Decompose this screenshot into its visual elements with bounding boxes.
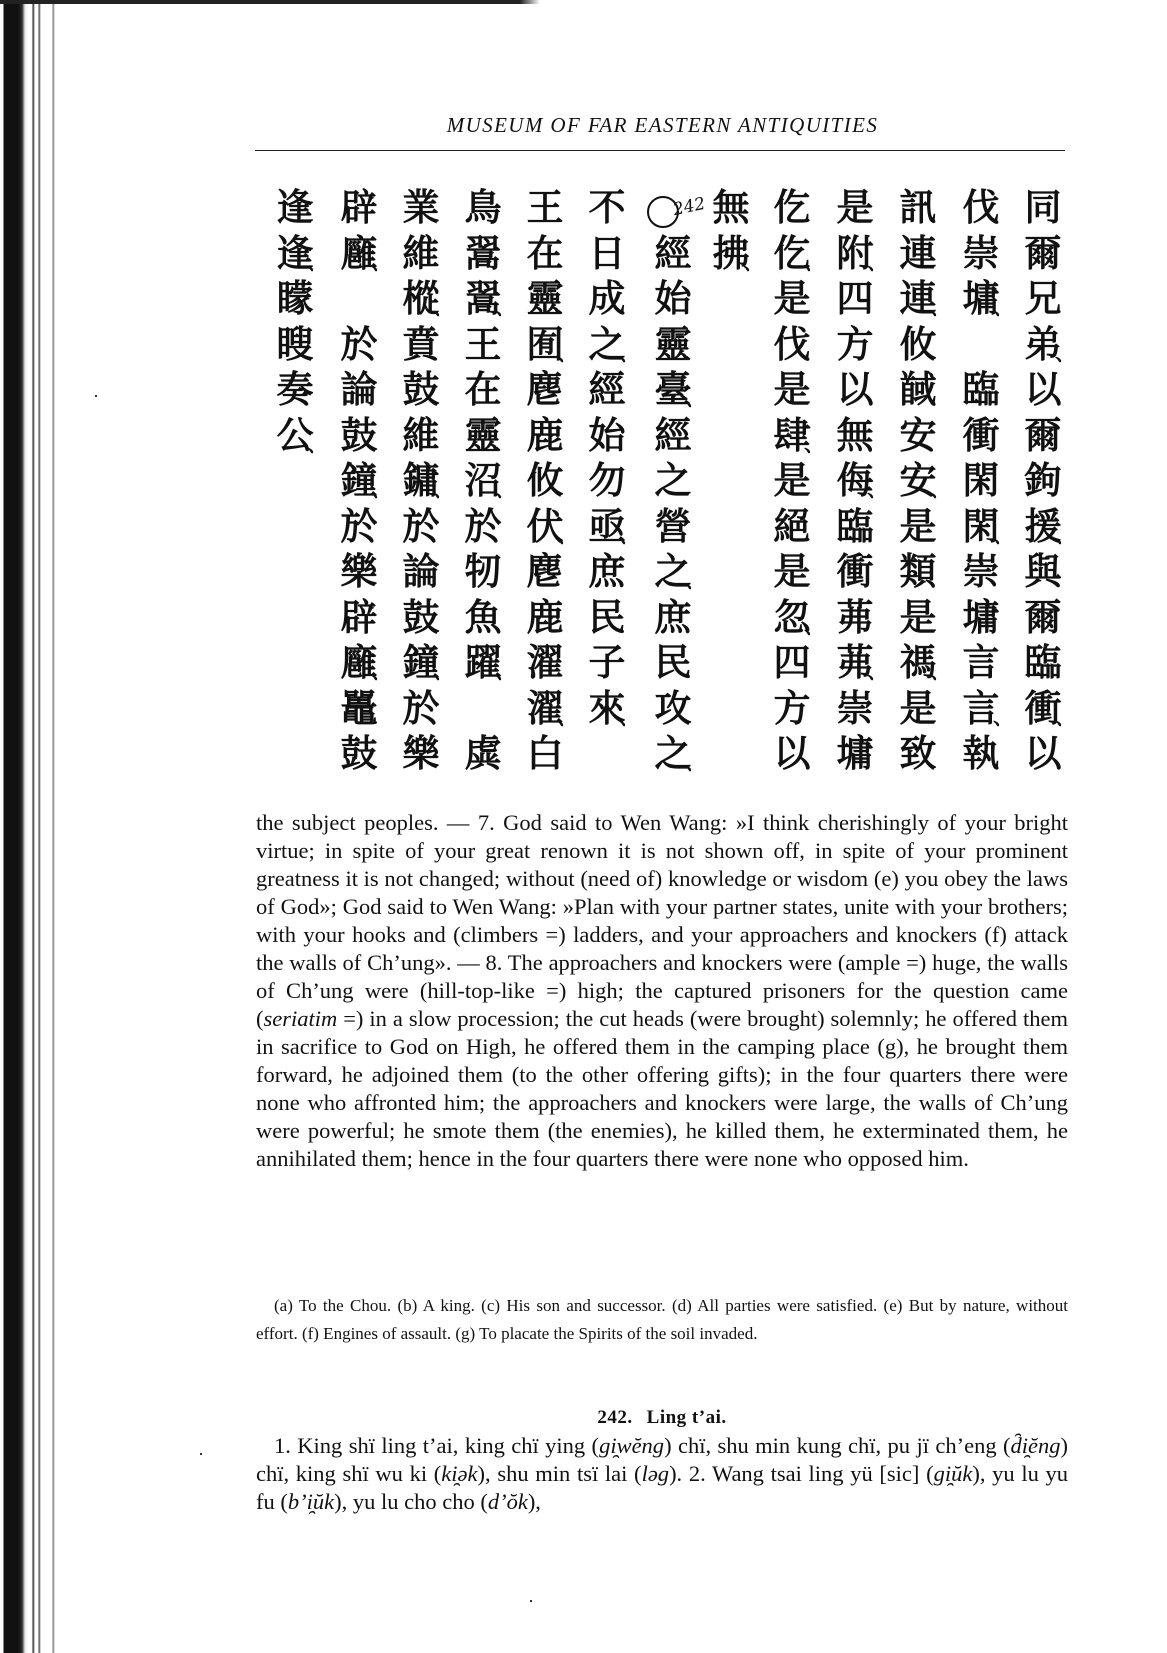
transliteration-segment: ). 2. Wang tsai ling yü [sic] ( bbox=[669, 1461, 934, 1486]
chinese-character: 經 bbox=[579, 368, 635, 412]
punctuation-mark: 、 bbox=[371, 479, 391, 499]
punctuation-mark: 、 bbox=[867, 252, 887, 272]
chinese-character: 臨 bbox=[827, 505, 883, 549]
chinese-character: 王 bbox=[517, 186, 573, 230]
chinese-character: 樂 bbox=[393, 732, 449, 776]
chinese-character: 庶 bbox=[645, 596, 701, 640]
transliteration-segment: ), shu min tsï lai ( bbox=[478, 1461, 642, 1486]
chinese-character: 魚 bbox=[455, 596, 511, 640]
annotation-number: 242 bbox=[672, 197, 707, 217]
chinese-character: 是 bbox=[890, 596, 946, 640]
chinese-character: 連 bbox=[890, 232, 946, 276]
chinese-character: 論 bbox=[331, 368, 387, 412]
chinese-character: 鳥 bbox=[455, 186, 511, 230]
transliteration-segment: ), yu lu cho cho ( bbox=[334, 1489, 488, 1514]
chinese-column-7: 經始靈臺、經之營之、庶民攻之、 bbox=[645, 186, 701, 776]
chinese-character: 是 bbox=[764, 550, 820, 594]
chinese-character: 攸 bbox=[890, 323, 946, 367]
chinese-character: 肆、 bbox=[764, 414, 820, 458]
chinese-character: 廱、 bbox=[331, 641, 387, 685]
reconstructed-reading: d̑i̯ĕng bbox=[1011, 1433, 1061, 1458]
chinese-character: 墉 bbox=[827, 732, 883, 776]
chinese-character: 翯 bbox=[455, 232, 511, 276]
chinese-character: 於 bbox=[331, 505, 387, 549]
chinese-character: 論 bbox=[393, 550, 449, 594]
chinese-column-12: 辟廱、於論鼓鐘、於樂辟廱、鼉鼓 bbox=[331, 186, 387, 776]
chinese-character: 安 bbox=[890, 414, 946, 458]
chinese-character: 方 bbox=[764, 687, 820, 731]
chinese-character: 與 bbox=[1015, 550, 1071, 594]
chinese-character: 致 bbox=[890, 732, 946, 776]
chinese-character bbox=[953, 323, 1009, 367]
punctuation-mark: 、 bbox=[557, 343, 577, 363]
chinese-character: 弟、 bbox=[1015, 323, 1071, 367]
chinese-character: 爾 bbox=[1015, 596, 1071, 640]
chinese-character: 鼉 bbox=[331, 687, 387, 731]
chinese-character: 以 bbox=[1015, 368, 1071, 412]
section-title: Ling t’ai. bbox=[647, 1407, 727, 1428]
punctuation-mark: 、 bbox=[557, 525, 577, 545]
chinese-character: 方 bbox=[827, 323, 883, 367]
chinese-character: 維 bbox=[393, 414, 449, 458]
chinese-character: 崇 bbox=[953, 232, 1009, 276]
transliteration-paragraph: 1. King shï ling t’ai, king chï ying (gi… bbox=[256, 1432, 1068, 1516]
chinese-column-4: 是附、四方以無侮、臨衝茀茀、崇墉 bbox=[827, 186, 883, 776]
reconstructed-reading: b’i̯ŭk bbox=[288, 1489, 334, 1514]
reconstructed-reading: d’ŏk bbox=[488, 1489, 528, 1514]
scan-speck bbox=[95, 395, 97, 397]
chinese-character: 墉、 bbox=[953, 277, 1009, 321]
chinese-character: 靈 bbox=[455, 414, 511, 458]
chinese-character: 四 bbox=[764, 641, 820, 685]
chinese-character: 是 bbox=[764, 277, 820, 321]
section-number: 242. bbox=[597, 1407, 632, 1428]
punctuation-mark: 、 bbox=[993, 525, 1013, 545]
chinese-character: 業 bbox=[393, 186, 449, 230]
chinese-character: 辟 bbox=[331, 596, 387, 640]
chinese-character: 鐘、 bbox=[393, 641, 449, 685]
chinese-character: 連、 bbox=[890, 277, 946, 321]
chinese-character: 來、 bbox=[579, 687, 635, 731]
chinese-character: 經 bbox=[645, 414, 701, 458]
chinese-character: 衝、 bbox=[1015, 687, 1071, 731]
punctuation-mark: 、 bbox=[619, 343, 639, 363]
chinese-column-5: 仡仡、是伐是肆、是絕是忽、四方以 bbox=[764, 186, 820, 776]
chinese-column-6: 無拂、 bbox=[703, 186, 759, 776]
punctuation-mark: 、 bbox=[433, 479, 453, 499]
punctuation-mark: 、 bbox=[371, 252, 391, 272]
chinese-character: 鏞、 bbox=[393, 459, 449, 503]
chinese-character: 兄 bbox=[1015, 277, 1071, 321]
punctuation-mark: 、 bbox=[557, 707, 577, 727]
chinese-character: 亟、 bbox=[579, 505, 635, 549]
reconstructed-reading: gi̯wĕng bbox=[599, 1433, 664, 1458]
chinese-character: 囿、 bbox=[517, 323, 573, 367]
chinese-character: 忽、 bbox=[764, 596, 820, 640]
chinese-character: 鐘、 bbox=[331, 459, 387, 503]
punctuation-mark: 、 bbox=[619, 525, 639, 545]
chinese-column-9: 王在靈囿、麀鹿攸伏、麀鹿濯濯、白 bbox=[517, 186, 573, 776]
punctuation-mark: 、 bbox=[685, 388, 705, 408]
chinese-character: 崇 bbox=[827, 687, 883, 731]
handwritten-annotation: 242 bbox=[645, 192, 709, 242]
chinese-character: 訊 bbox=[890, 186, 946, 230]
chinese-character: 營 bbox=[645, 505, 701, 549]
chinese-character: 援、 bbox=[1015, 505, 1071, 549]
chinese-column-8: 不日成之、經始勿亟、庶民子來、 bbox=[579, 186, 635, 776]
chinese-character: 攻 bbox=[645, 687, 701, 731]
chinese-character: 鼓 bbox=[331, 732, 387, 776]
punctuation-mark: 、 bbox=[804, 616, 824, 636]
punctuation-mark: 、 bbox=[495, 297, 515, 317]
chinese-character: 是 bbox=[890, 687, 946, 731]
punctuation-mark: 、 bbox=[495, 661, 515, 681]
chinese-character: 臨 bbox=[1015, 641, 1071, 685]
chinese-character: 牣 bbox=[455, 550, 511, 594]
punctuation-mark: 、 bbox=[433, 297, 453, 317]
punctuation-mark: 、 bbox=[867, 479, 887, 499]
punctuation-mark: 、 bbox=[993, 297, 1013, 317]
chinese-character: 鉤 bbox=[1015, 459, 1071, 503]
chinese-character: 鼓 bbox=[393, 596, 449, 640]
chinese-character: 附、 bbox=[827, 232, 883, 276]
punctuation-mark: 、 bbox=[743, 252, 763, 272]
punctuation-mark: 、 bbox=[1055, 525, 1075, 545]
footnotes: (a) To the Chou. (b) A king. (c) His son… bbox=[256, 1292, 1068, 1348]
chinese-character: 麀 bbox=[517, 550, 573, 594]
chinese-character: 是 bbox=[827, 186, 883, 230]
chinese-character: 無 bbox=[703, 186, 759, 230]
chinese-character: 維 bbox=[393, 232, 449, 276]
chinese-character: 衝 bbox=[827, 550, 883, 594]
chinese-character: 侮、 bbox=[827, 459, 883, 503]
chinese-character: 麀 bbox=[517, 368, 573, 412]
chinese-character: 逢 bbox=[267, 186, 323, 230]
chinese-character: 不 bbox=[579, 186, 635, 230]
chinese-character: 於 bbox=[331, 323, 387, 367]
chinese-character: 是 bbox=[890, 505, 946, 549]
chinese-character: 以 bbox=[1015, 732, 1071, 776]
chinese-character: 無 bbox=[827, 414, 883, 458]
chinese-character: 爾 bbox=[1015, 232, 1071, 276]
scan-speck bbox=[200, 1453, 202, 1455]
chinese-character: 鹿 bbox=[517, 596, 573, 640]
section-heading: 242.Ling t’ai. bbox=[256, 1407, 1068, 1429]
chinese-character: 臺、 bbox=[645, 368, 701, 412]
chinese-character: 伐 bbox=[764, 323, 820, 367]
chinese-character: 在 bbox=[517, 232, 573, 276]
punctuation-mark: 、 bbox=[433, 661, 453, 681]
chinese-column-1: 同爾兄弟、以爾鉤援、與爾臨衝、以 bbox=[1015, 186, 1071, 776]
transliteration-segment: ), bbox=[528, 1489, 541, 1514]
chinese-character: 矇 bbox=[267, 277, 323, 321]
chinese-character: 馘 bbox=[890, 368, 946, 412]
scan-top-edge bbox=[0, 0, 1167, 4]
chinese-column-3: 訊連連、攸馘安安、是類是禡、是致 bbox=[890, 186, 946, 776]
chinese-character: 民 bbox=[645, 641, 701, 685]
punctuation-mark: 、 bbox=[930, 479, 950, 499]
chinese-character: 同 bbox=[1015, 186, 1071, 230]
punctuation-mark: 、 bbox=[371, 661, 391, 681]
chinese-character: 子 bbox=[579, 641, 635, 685]
transliteration-text: 1. King shï ling t’ai, king chï ying (gi… bbox=[256, 1432, 1068, 1516]
translation-text-end: =) in a slow procession; the cut heads (… bbox=[256, 1006, 1068, 1171]
header-rule bbox=[255, 150, 1065, 151]
chinese-character: 始 bbox=[579, 414, 635, 458]
chinese-character: 絕 bbox=[764, 505, 820, 549]
translation-paragraph: the subject peoples. — 7. God said to We… bbox=[256, 809, 1068, 1173]
reconstructed-reading: ki̯ək bbox=[441, 1461, 477, 1486]
chinese-character: 在 bbox=[455, 368, 511, 412]
chinese-character: 虡 bbox=[455, 732, 511, 776]
chinese-character: 賁 bbox=[393, 323, 449, 367]
chinese-character: 奏 bbox=[267, 368, 323, 412]
chinese-character: 茀、 bbox=[827, 641, 883, 685]
punctuation-mark: 、 bbox=[804, 252, 824, 272]
chinese-character: 之、 bbox=[645, 732, 701, 776]
chinese-character: 民 bbox=[579, 596, 635, 640]
punctuation-mark: 、 bbox=[1055, 707, 1075, 727]
chinese-character: 安、 bbox=[890, 459, 946, 503]
chinese-character: 辟 bbox=[331, 186, 387, 230]
chinese-character: 以 bbox=[827, 368, 883, 412]
chinese-character: 是 bbox=[764, 368, 820, 412]
chinese-character: 之、 bbox=[645, 550, 701, 594]
chinese-character: 伐 bbox=[953, 186, 1009, 230]
chinese-character: 廱、 bbox=[331, 232, 387, 276]
chinese-character: 濯 bbox=[517, 641, 573, 685]
chinese-character: 臨 bbox=[953, 368, 1009, 412]
chinese-character: 王 bbox=[455, 323, 511, 367]
transliteration-segment: 1. King shï ling t’ai, king chï ying ( bbox=[274, 1433, 599, 1458]
running-head: MUSEUM OF FAR EASTERN ANTIQUITIES bbox=[255, 113, 1070, 138]
chinese-character: 始 bbox=[645, 277, 701, 321]
chinese-character: 崇 bbox=[953, 550, 1009, 594]
punctuation-mark: 、 bbox=[993, 707, 1013, 727]
chinese-character: 仡、 bbox=[764, 232, 820, 276]
chinese-character: 仡 bbox=[764, 186, 820, 230]
chinese-character: 鼓 bbox=[331, 414, 387, 458]
chinese-character: 逢、 bbox=[267, 232, 323, 276]
chinese-character: 攸 bbox=[517, 459, 573, 503]
chinese-character: 樅、 bbox=[393, 277, 449, 321]
chinese-character: 拂、 bbox=[703, 232, 759, 276]
chinese-character: 言 bbox=[953, 641, 1009, 685]
chinese-character: 禡、 bbox=[890, 641, 946, 685]
chinese-character: 是 bbox=[764, 459, 820, 503]
chinese-character: 於 bbox=[393, 505, 449, 549]
chinese-character: 於 bbox=[393, 687, 449, 731]
chinese-character: 躍、 bbox=[455, 641, 511, 685]
chinese-column-11: 業維樅、賁鼓維鏞、於論鼓鐘、於樂 bbox=[393, 186, 449, 776]
chinese-character: 勿 bbox=[579, 459, 635, 503]
punctuation-mark: 、 bbox=[307, 434, 327, 454]
book-binding-edge bbox=[0, 0, 72, 1653]
chinese-character: 成 bbox=[579, 277, 635, 321]
chinese-character: 日 bbox=[579, 232, 635, 276]
chinese-character: 之 bbox=[645, 459, 701, 503]
chinese-character: 濯、 bbox=[517, 687, 573, 731]
reconstructed-reading: ləg bbox=[642, 1461, 670, 1486]
chinese-character: 沼、 bbox=[455, 459, 511, 503]
chinese-character: 衝 bbox=[953, 414, 1009, 458]
chinese-character: 四 bbox=[827, 277, 883, 321]
footnote-text: (a) To the Chou. (b) A king. (c) His son… bbox=[256, 1292, 1068, 1348]
chinese-character bbox=[331, 277, 387, 321]
punctuation-mark: 、 bbox=[1055, 343, 1075, 363]
chinese-character: 以 bbox=[764, 732, 820, 776]
chinese-character bbox=[455, 687, 511, 731]
chinese-text-block: 同爾兄弟、以爾鉤援、與爾臨衝、以伐崇墉、臨衝閑閑、崇墉言言、執訊連連、攸馘安安、… bbox=[263, 186, 1063, 776]
reconstructed-reading: gi̯ŭk bbox=[934, 1461, 973, 1486]
chinese-character: 執 bbox=[953, 732, 1009, 776]
chinese-character: 墉 bbox=[953, 596, 1009, 640]
chinese-character: 茀 bbox=[827, 596, 883, 640]
chinese-character bbox=[579, 732, 635, 776]
chinese-character: 庶 bbox=[579, 550, 635, 594]
translation-text-start: the subject peoples. — 7. God said to We… bbox=[256, 810, 1068, 1031]
chinese-character: 伏、 bbox=[517, 505, 573, 549]
chinese-column-13: 逢逢、矇瞍奏公、 bbox=[267, 186, 323, 776]
punctuation-mark: 、 bbox=[619, 707, 639, 727]
punctuation-mark: 、 bbox=[867, 661, 887, 681]
chinese-character: 閑、 bbox=[953, 505, 1009, 549]
punctuation-mark: 、 bbox=[930, 661, 950, 681]
punctuation-mark: 、 bbox=[495, 479, 515, 499]
punctuation-mark: 、 bbox=[930, 297, 950, 317]
punctuation-mark: 、 bbox=[685, 570, 705, 590]
chinese-character: 鹿 bbox=[517, 414, 573, 458]
chinese-character: 言、 bbox=[953, 687, 1009, 731]
chinese-character: 靈 bbox=[645, 323, 701, 367]
chinese-character: 鼓 bbox=[393, 368, 449, 412]
chinese-character: 於 bbox=[455, 505, 511, 549]
punctuation-mark: 、 bbox=[804, 434, 824, 454]
transliteration-segment: ) chï, shu min kung chï, pu jï ch’eng ( bbox=[664, 1433, 1010, 1458]
chinese-character: 翯、 bbox=[455, 277, 511, 321]
scan-speck bbox=[530, 1600, 532, 1602]
chinese-column-10: 鳥翯翯、王在靈沼、於牣魚躍、虡 bbox=[455, 186, 511, 776]
chinese-character: 之、 bbox=[579, 323, 635, 367]
chinese-character: 樂 bbox=[331, 550, 387, 594]
chinese-character: 靈 bbox=[517, 277, 573, 321]
chinese-character: 閑 bbox=[953, 459, 1009, 503]
chinese-character: 白 bbox=[517, 732, 573, 776]
chinese-character: 瞍 bbox=[267, 323, 323, 367]
chinese-character: 爾 bbox=[1015, 414, 1071, 458]
punctuation-mark: 、 bbox=[685, 752, 705, 772]
punctuation-mark: 、 bbox=[307, 252, 327, 272]
chinese-character: 類 bbox=[890, 550, 946, 594]
chinese-character: 公、 bbox=[267, 414, 323, 458]
italic-term: seriatim bbox=[264, 1006, 338, 1031]
chinese-column-2: 伐崇墉、臨衝閑閑、崇墉言言、執 bbox=[953, 186, 1009, 776]
